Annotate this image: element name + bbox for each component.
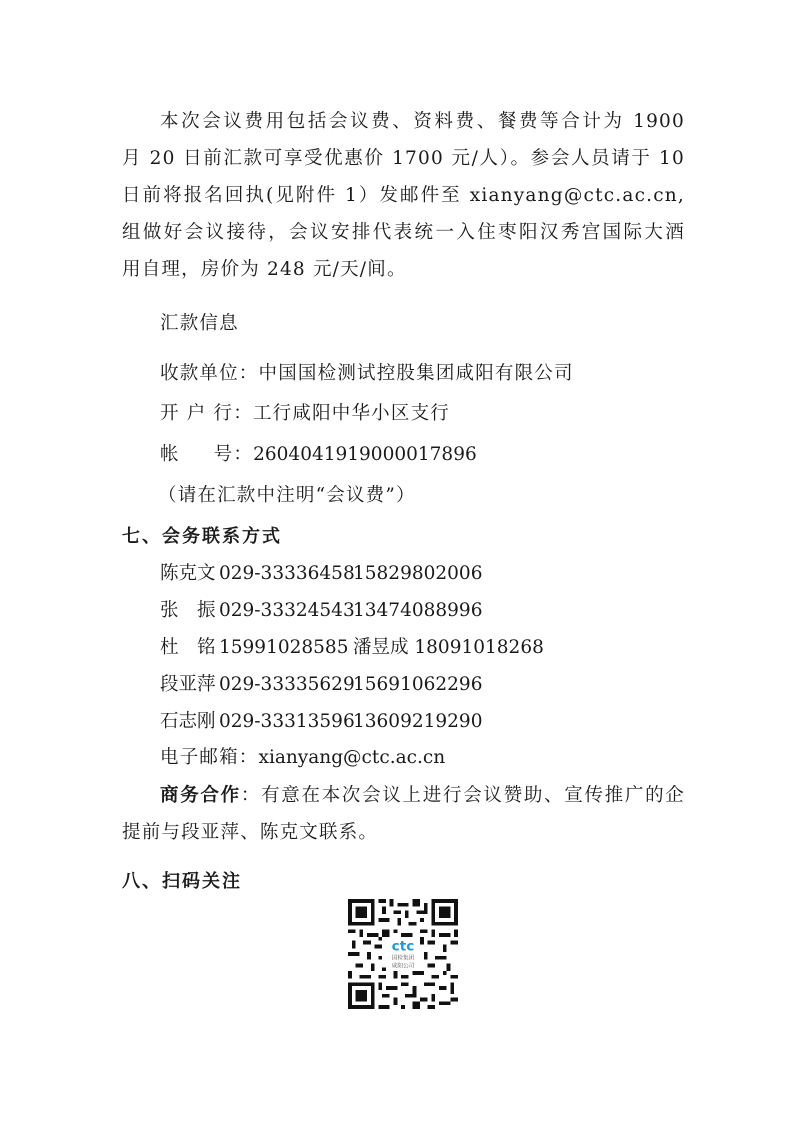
biz-line-2: 提前与段亚萍、陈克文联系。 [122,821,685,845]
contact-row: 杜 铭15991028585潘昱成 18091018268 [160,636,723,660]
payee-label: 收款单位： [160,363,259,384]
contact-phone-2: 潘昱成 18091018268 [353,636,544,660]
account-row: 帐号：2604041919000017896 [160,443,723,467]
contact-phone-1: 15991028585 [219,637,348,658]
contact-phone-2: 13609219290 [353,710,482,734]
fees-line-3: 日前将报名回执(见附件 1）发邮件至 xianyang@ctc.ac.cn,以便… [122,184,685,208]
remittance-note: （请在汇款中注明“会议费”） [158,484,721,508]
remittance-title: 汇款信息 [160,312,723,336]
qr-code: ctc 国检集团 咸阳公司 [348,898,458,1010]
account-label-2: 号： [214,444,253,465]
bank-value: 工行咸阳中华小区支行 [253,403,450,424]
biz-line-1: 商务合作：有意在本次会议上进行会议赞助、宣传推广的企业请 [160,784,685,808]
bank-row: 开 户 行：工行咸阳中华小区支行 [160,402,723,426]
contact-name: 杜 铭 [160,636,219,660]
contact-row: 张 振029-3332454313474088996 [160,599,723,623]
contact-name: 陈克文 [160,562,219,586]
email-label: 电子邮箱： [160,747,259,768]
account-value: 2604041919000017896 [253,444,477,465]
email-row: 电子邮箱：xianyang@ctc.ac.cn [160,746,723,770]
contact-phone-1: 029-33336458 [219,563,355,584]
svg-text:咸阳公司: 咸阳公司 [392,961,415,969]
contact-phone-1: 029-33324543 [219,600,355,621]
email-link[interactable]: xianyang@ctc.ac.cn [259,747,446,768]
svg-text:ctc: ctc [392,939,415,955]
section8-heading: 八、扫码关注 [122,870,685,894]
biz-label: 商务合作 [160,785,241,806]
payee-value: 中国国检测试控股集团咸阳有限公司 [259,363,574,384]
contact-phone-2: 13474088996 [353,599,482,623]
contact-phone-2: 15691062296 [353,673,482,697]
biz-colon: ： [241,785,261,806]
contact-row: 陈克文029-3333645815829802006 [160,562,723,586]
document-page: 本次会议费用包括会议费、资料费、餐费等合计为 1900 元/人（10 月 20 … [0,0,800,1131]
fees-line-1: 本次会议费用包括会议费、资料费、餐费等合计为 1900 元/人（10 [160,110,685,134]
contact-row: 段亚萍029-3333562915691062296 [160,673,723,697]
bank-label: 开 户 行： [160,403,253,424]
contact-row: 石志刚029-3331359613609219290 [160,710,723,734]
contact-phone-2: 15829802006 [353,562,482,586]
fees-line-5: 用自理，房价为 248 元/天/间。 [122,258,685,282]
fees-line-2: 月 20 日前汇款可享受优惠价 1700 元/人）。参会人员请于 10 月 27 [122,147,685,171]
contact-phone-1: 029-33313596 [219,711,355,732]
contact-name: 张 振 [160,599,219,623]
contact-name: 段亚萍 [160,673,219,697]
svg-text:国检集团: 国检集团 [392,954,415,962]
account-label-1: 帐 [160,444,180,465]
section7-heading: 七、会务联系方式 [122,525,685,549]
contact-phone-1: 029-33335629 [219,674,355,695]
fees-line-4: 组做好会议接待，会议安排代表统一入住枣阳汉秀宫国际大酒店，费 [122,221,685,245]
payee-row: 收款单位：中国国检测试控股集团咸阳有限公司 [160,362,723,386]
contact-name: 石志刚 [160,710,219,734]
qr-code-icon: ctc 国检集团 咸阳公司 [348,898,458,1010]
